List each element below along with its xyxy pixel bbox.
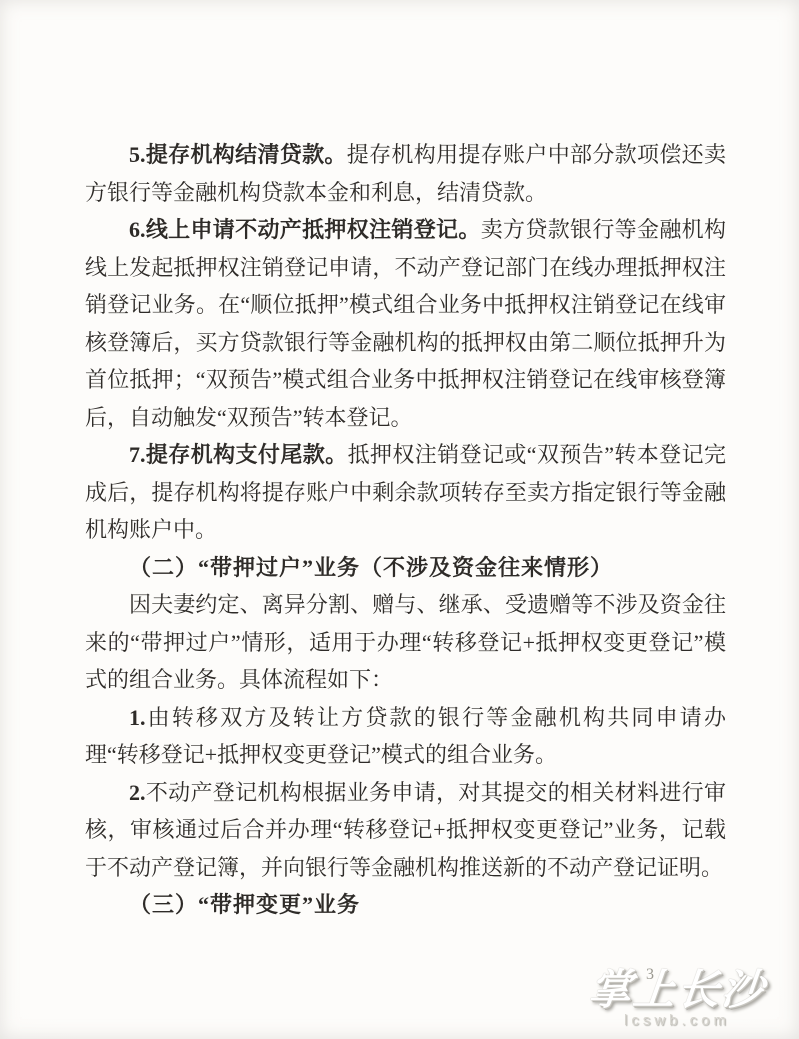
text-segment: 不动产登记机构根据业务申请，对其提交的相关材料进行审核，审核通过后合并办理“转移… xyxy=(85,780,726,880)
text-segment-bold: （三）“带押变更”业务 xyxy=(129,892,360,917)
watermark-site-url: lcswb.com xyxy=(571,1012,783,1029)
paragraph: 2.不动产登记机构根据业务申请，对其提交的相关材料进行审核，审核通过后合并办理“… xyxy=(85,774,726,887)
text-segment-bold: 7.提存机构支付尾款。 xyxy=(129,442,348,467)
paragraph: 7.提存机构支付尾款。抵押权注销登记或“双预告”转本登记完成后，提存机构将提存账… xyxy=(85,436,726,549)
watermark-logo: 掌上长沙 xyxy=(569,968,786,1014)
text-segment-bold: 6.线上申请不动产抵押权注销登记。 xyxy=(129,217,481,242)
section-heading: （三）“带押变更”业务 xyxy=(85,886,726,924)
document-text-block: 5.提存机构结清贷款。提存机构用提存账户中部分款项偿还卖方银行等金融机构贷款本金… xyxy=(85,136,726,924)
paragraph: 5.提存机构结清贷款。提存机构用提存账户中部分款项偿还卖方银行等金融机构贷款本金… xyxy=(85,136,726,211)
text-segment-bold: 1. xyxy=(129,705,146,730)
text-segment-bold: 5.提存机构结清贷款。 xyxy=(129,142,347,167)
text-segment-bold: 2. xyxy=(129,780,146,805)
text-segment: 因夫妻约定、离异分割、赠与、继承、受遗赠等不涉及资金往来的“带押过户”情形，适用… xyxy=(85,592,726,692)
paragraph: 1.由转移双方及转让方贷款的银行等金融机构共同申请办理“转移登记+抵押权变更登记… xyxy=(85,699,726,774)
document-page: 5.提存机构结清贷款。提存机构用提存账户中部分款项偿还卖方银行等金融机构贷款本金… xyxy=(0,0,799,1039)
text-segment-bold: （二）“带押过户”业务（不涉及资金往来情形） xyxy=(129,555,613,580)
section-heading: （二）“带押过户”业务（不涉及资金往来情形） xyxy=(85,549,726,587)
page-number: 3 xyxy=(646,966,654,984)
text-segment: 卖方贷款银行等金融机构线上发起抵押权注销登记申请，不动产登记部门在线办理抵押权注… xyxy=(85,217,726,430)
text-segment: 由转移双方及转让方贷款的银行等金融机构共同申请办理“转移登记+抵押权变更登记”模… xyxy=(85,705,726,768)
paragraph: 6.线上申请不动产抵押权注销登记。卖方贷款银行等金融机构线上发起抵押权注销登记申… xyxy=(85,211,726,436)
watermark: 掌上长沙 lcswb.com xyxy=(571,968,783,1029)
paragraph: 因夫妻约定、离异分割、赠与、继承、受遗赠等不涉及资金往来的“带押过户”情形，适用… xyxy=(85,586,726,699)
